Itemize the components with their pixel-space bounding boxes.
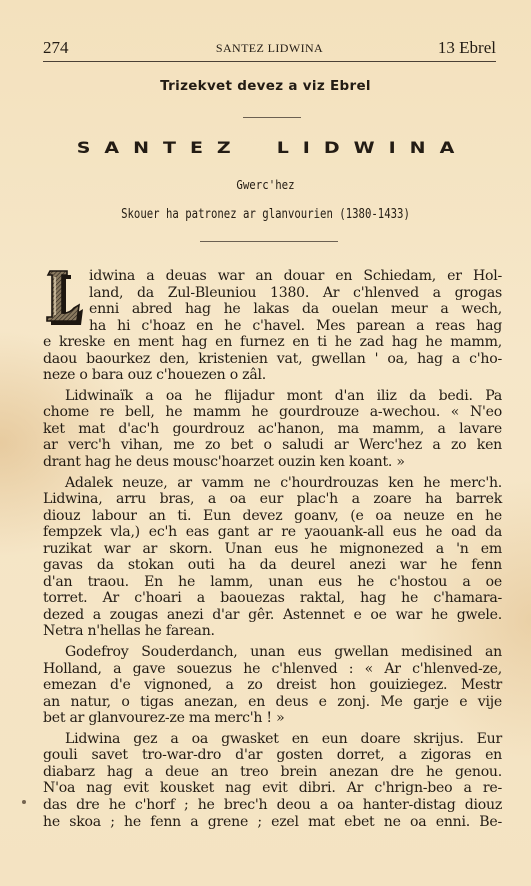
text-line: an natur, o tigas anezan, en deus e zonj… bbox=[43, 694, 502, 711]
text-line: e kreske en ment hag en furnez en ti he … bbox=[43, 334, 502, 351]
article-body: idwina a deuas war an douar en Schiedam,… bbox=[43, 268, 502, 830]
paragraph-2: Lidwinaïk a oa he flijadur mont d'an ili… bbox=[43, 388, 502, 471]
book-page: 274 SANTEZ LIDWINA 13 Ebrel Trizekvet de… bbox=[0, 0, 531, 886]
saint-category: Gwerc'hez bbox=[37, 177, 494, 192]
ornamental-rule-short bbox=[243, 117, 301, 118]
text-line: Lidwina, arru bras, a oa eur plac'h a zo… bbox=[43, 491, 502, 508]
header-rule bbox=[43, 61, 496, 62]
running-head: 274 SANTEZ LIDWINA 13 Ebrel bbox=[43, 38, 496, 60]
text-line: he skoa ; he fenn a grene ; ezel mat ebe… bbox=[43, 814, 502, 831]
saint-summary: Skouer ha patronez ar glanvourien (1380-… bbox=[48, 207, 483, 222]
text-line: Adalek neuze, ar vamm ne c'hourdrouzas k… bbox=[43, 475, 502, 492]
paragraph-1: idwina a deuas war an douar en Schiedam,… bbox=[43, 268, 502, 384]
text-line: ket mat d'ac'h gourdrouz ac'hanon, ma ma… bbox=[43, 421, 502, 438]
text-line: fempzek vla,) ec'h eas gant ar re yaouan… bbox=[43, 524, 502, 541]
title-word-2: LIDWINA bbox=[277, 139, 469, 158]
text-line: torret. Ar c'hoari a baouezas raktal, ha… bbox=[43, 590, 502, 607]
text-line: das dre he c'horf ; he brec'h deou a oa … bbox=[43, 797, 502, 814]
day-heading: Trizekvet devez a viz Ebrel bbox=[0, 78, 531, 94]
text-line: Holland, a gave souezus he c'hlenved : «… bbox=[43, 661, 502, 678]
text-line: daou baourkez den, kristenien vat, gwell… bbox=[43, 351, 502, 368]
text-line: land, da Zul-Bleuniou 1380. Ar c'hlenved… bbox=[43, 285, 502, 302]
ornamental-rule-long bbox=[200, 241, 338, 242]
text-line: neze o bara ouz c'houezen o zâl. bbox=[43, 367, 502, 384]
text-line: dezed a zougas anezi d'ar gêr. Astennet … bbox=[43, 607, 502, 624]
paragraph-4: Godefroy Souderdanch, unan eus gwellan m… bbox=[43, 644, 502, 727]
text-line: gouli savet tro-war-dro d'ar gosten dorr… bbox=[43, 747, 502, 764]
text-line: chome re bell, he mamm he gourdrouze a-w… bbox=[43, 404, 502, 421]
text-line: Godefroy Souderdanch, unan eus gwellan m… bbox=[43, 644, 502, 661]
title-word-1: SANTEZ bbox=[77, 139, 245, 158]
paper-speck bbox=[22, 800, 26, 804]
text-line: emezan d'e vignoned, a zo dreist hon gou… bbox=[43, 677, 502, 694]
text-line: enni abred hag he lakas da ouelan meur a… bbox=[43, 301, 502, 318]
text-line: diouz labour an ti. Eun devez goanv, (e … bbox=[43, 508, 502, 525]
text-line: ruzikat war ar skorn. Unan eus he mignon… bbox=[43, 541, 502, 558]
text-line: gavas da stokan outi ha da deurel anezi … bbox=[43, 557, 502, 574]
text-line: N'oa nag evit kousket nag evit dibri. Ar… bbox=[43, 780, 502, 797]
text-line: drant hag he deus mousc'hoarzet ouzin ke… bbox=[43, 454, 502, 471]
text-line: ha hi c'hoaz en he c'havel. Mes parean a… bbox=[43, 318, 502, 335]
text-line: diabarz hag a deue an treo brein anezan … bbox=[43, 764, 502, 781]
text-line: Lidwina gez a oa gwasket en eun doare sk… bbox=[43, 731, 502, 748]
running-date: 13 Ebrel bbox=[438, 38, 496, 58]
text-line: Lidwinaïk a oa he flijadur mont d'an ili… bbox=[43, 388, 502, 405]
text-line: bet ar glanvourez-ze ma merc'h ! » bbox=[43, 710, 502, 727]
saint-title: SANTEZLIDWINA bbox=[0, 139, 531, 158]
paragraph-3: Adalek neuze, ar vamm ne c'hourdrouzas k… bbox=[43, 475, 502, 640]
text-line: Netra n'hellas he farean. bbox=[43, 623, 502, 640]
running-title: SANTEZ LIDWINA bbox=[43, 41, 496, 56]
text-line: d'an traou. En he lamm, unan eus he c'ho… bbox=[43, 574, 502, 591]
text-line: idwina a deuas war an douar en Schiedam,… bbox=[43, 268, 502, 285]
text-line: ar verc'h vihan, me zo bet o saludi ar W… bbox=[43, 437, 502, 454]
paragraph-5: Lidwina gez a oa gwasket en eun doare sk… bbox=[43, 731, 502, 830]
